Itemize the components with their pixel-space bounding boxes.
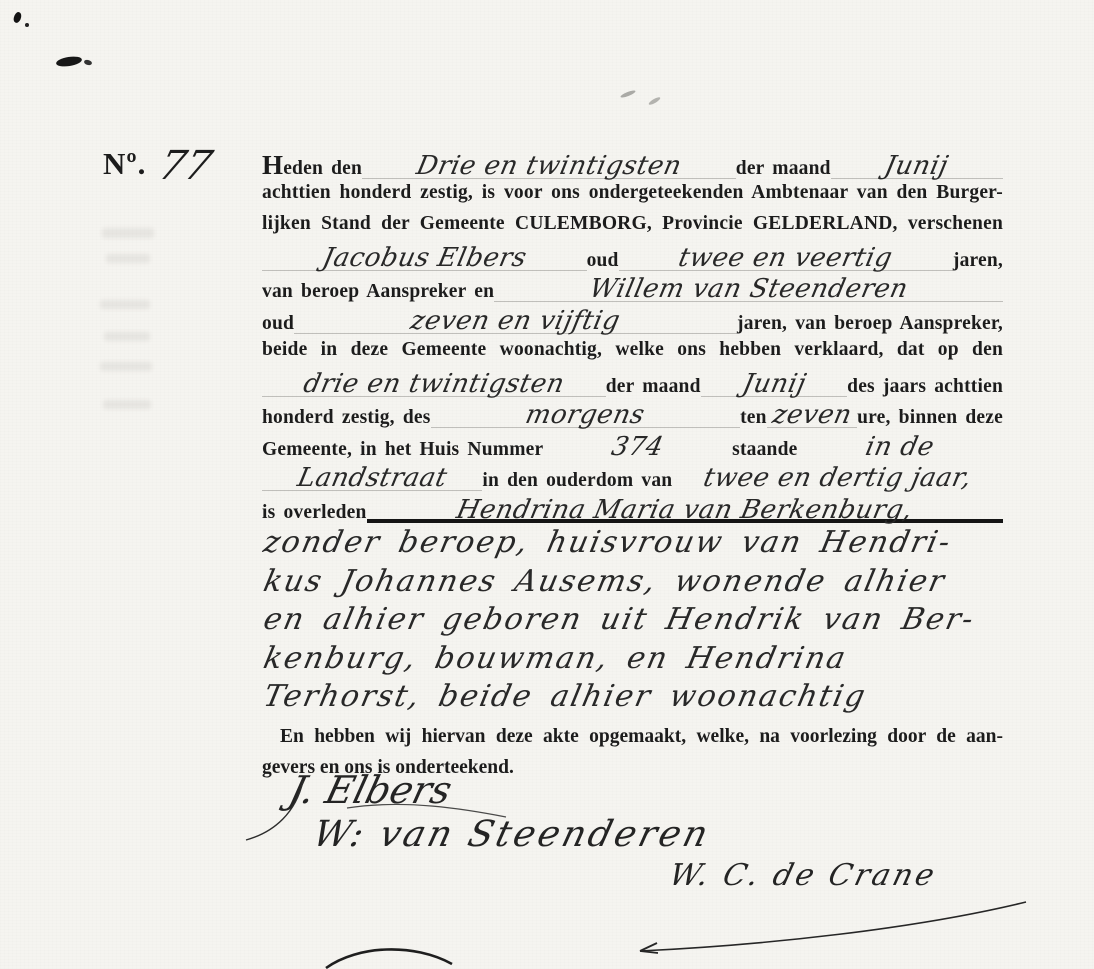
entry-blank: en alhier geboren uit Hendrik van Ber- — [262, 605, 976, 635]
printed-form-text: der maand — [736, 158, 831, 180]
ink-smudge — [55, 55, 82, 68]
entry-blank: twee en veertig — [619, 245, 953, 271]
handwritten-entry: zonder beroep, huisvrouw van Hendri- — [261, 528, 955, 558]
cropped-signature-stroke — [326, 949, 452, 968]
act-line: achttien honderd zestig, is voor ons ond… — [262, 182, 1003, 214]
handwritten-entry: twee en veertig — [677, 245, 895, 271]
entry-blank: zeven en vijftig — [294, 308, 737, 334]
handwritten-entry: kus Johannes Ausems, wonende alhier — [261, 567, 949, 597]
handwritten-entry: Terhorst, beide alhier woonachtig — [261, 682, 869, 712]
signature-declarant-2: W: van Steenderen — [309, 814, 715, 855]
printed-form-text: Gemeente, in het Huis Nummer — [262, 439, 543, 461]
ink-spot — [12, 11, 23, 24]
entry-blank: Hendrina Maria van Berkenburg, — [367, 497, 1003, 523]
act-line: oudzeven en vijftigjaren, van beroep Aan… — [262, 308, 1003, 340]
entry-blank: morgens — [431, 402, 741, 428]
ink-smudge — [83, 59, 92, 66]
printed-form-text: oud — [587, 250, 619, 272]
act-number-label: Nº. — [103, 146, 146, 182]
act-line: kus Johannes Ausems, wonende alhier — [262, 567, 1003, 606]
ink-bleedthrough — [100, 300, 150, 309]
printed-form-text: Heden den — [262, 150, 362, 181]
act-line: Jacobus Elbersoudtwee en veertigjaren, — [262, 245, 1003, 277]
faint-pen-mark — [648, 96, 661, 106]
printed-form-text: staande — [732, 439, 797, 461]
entry-blank: zonder beroep, huisvrouw van Hendri- — [262, 528, 953, 558]
signature-registrar: W. C. de Crane — [666, 858, 941, 893]
printed-form-text: in den ouderdom van — [482, 470, 672, 492]
handwritten-entry: morgens — [523, 402, 647, 428]
entry-blank: 374 — [543, 434, 732, 460]
printed-form-text: honderd zestig, des — [262, 407, 431, 429]
act-line: beide in deze Gemeente woonachtig, welke… — [262, 339, 1003, 371]
handwritten-entry: Landstraat — [295, 465, 449, 491]
handwritten-entry: 374 — [609, 434, 666, 460]
handwritten-entry: Drie en twintigsten — [414, 153, 684, 179]
act-line: Landstraatin den ouderdom vantwee en der… — [262, 465, 1003, 497]
entry-blank: Junij — [831, 153, 1003, 179]
printed-form-text: van beroep Aanspreker en — [262, 281, 494, 303]
act-line: van beroep Aanspreker enWillem van Steen… — [262, 276, 1003, 308]
entry-blank: in de — [797, 434, 1003, 460]
printed-form-text: der maand — [606, 376, 701, 398]
entry-blank: Terhorst, beide alhier woonachtig — [262, 682, 868, 712]
act-line: honderd zestig, desmorgenstenzevenure, b… — [262, 402, 1003, 434]
handwritten-entry: Hendrina Maria van Berkenburg, — [454, 497, 915, 523]
act-line: lijken Stand der Gemeente CULEMBORG, Pro… — [262, 213, 1003, 245]
act-line: Heden denDrie en twintigstender maandJun… — [262, 150, 1003, 182]
printed-form-text: jaren, — [953, 250, 1003, 272]
printed-form-text: lijken Stand der Gemeente CULEMBORG, Pro… — [262, 213, 1003, 234]
printed-form-text: des jaars achttien — [847, 376, 1003, 398]
ink-bleedthrough — [104, 332, 150, 341]
ink-spot — [25, 23, 29, 27]
printed-form-text: oud — [262, 313, 294, 335]
printed-form-text: achttien honderd zestig, is voor ons ond… — [262, 182, 1003, 203]
printed-form-text: jaren, van beroep Aanspreker, — [737, 313, 1003, 335]
printed-form-text: is overleden — [262, 502, 367, 524]
registrar-flourish — [640, 902, 1026, 951]
act-line: kenburg, bouwman, en Hendrina — [262, 644, 1003, 683]
act-line: Gemeente, in het Huis Nummer374staandein… — [262, 434, 1003, 466]
entry-blank: kus Johannes Ausems, wonende alhier — [262, 567, 947, 597]
handwritten-entry: en alhier geboren uit Hendrik van Ber- — [261, 605, 978, 635]
act-body: Heden denDrie en twintigstender maandJun… — [262, 150, 1003, 788]
handwritten-entry: twee en dertig jaar, — [701, 465, 974, 491]
handwritten-entry: Willem van Steenderen — [587, 276, 910, 302]
act-lines: Heden denDrie en twintigstender maandJun… — [262, 150, 1003, 721]
handwritten-entry: in de — [864, 434, 937, 460]
signature-declarant-1: J. Elbers — [285, 768, 457, 812]
handwritten-entry: zeven — [770, 402, 854, 428]
entry-blank: zeven — [767, 402, 857, 428]
handwritten-entry: zeven en vijftig — [408, 308, 622, 334]
act-number: Nº. 77 — [103, 146, 211, 184]
act-line: zonder beroep, huisvrouw van Hendri- — [262, 528, 1003, 567]
ink-bleedthrough — [102, 228, 154, 238]
act-number-value: 77 — [156, 148, 216, 184]
entry-blank: twee en dertig jaar, — [672, 465, 1003, 491]
entry-blank: Junij — [701, 371, 848, 397]
entry-blank: Drie en twintigsten — [362, 153, 736, 179]
entry-blank: Jacobus Elbers — [262, 245, 587, 271]
act-line: Terhorst, beide alhier woonachtig — [262, 682, 1003, 721]
printed-form-text: ten — [740, 407, 767, 429]
entry-blank: drie en twintigsten — [262, 371, 606, 397]
printed-form-text: ure, binnen deze — [857, 407, 1003, 429]
handwritten-entry: drie en twintigsten — [301, 371, 567, 397]
handwritten-entry: Junij — [740, 371, 808, 397]
printed-form-text: beide in deze Gemeente woonachtig, welke… — [262, 339, 1003, 360]
handwritten-entry: Junij — [883, 153, 951, 179]
faint-pen-mark — [620, 89, 636, 99]
closing-line: En hebben wij hiervan deze akte opgemaak… — [262, 726, 1003, 757]
handwritten-entry: Jacobus Elbers — [320, 245, 529, 271]
act-line: drie en twintigstender maandJunijdes jaa… — [262, 371, 1003, 403]
ink-bleedthrough — [100, 362, 152, 371]
flourish-arrow-tip — [640, 943, 658, 953]
entry-blank: Willem van Steenderen — [494, 276, 1003, 302]
ink-bleedthrough — [103, 400, 151, 409]
act-line: is overledenHendrina Maria van Berkenbur… — [262, 497, 1003, 529]
entry-blank: Landstraat — [262, 465, 482, 491]
entry-blank: kenburg, bouwman, en Hendrina — [262, 644, 849, 674]
handwritten-entry: kenburg, bouwman, en Hendrina — [261, 644, 850, 674]
act-line: en alhier geboren uit Hendrik van Ber- — [262, 605, 1003, 644]
ink-bleedthrough — [106, 254, 150, 263]
death-certificate-scan: Nº. 77 Heden denDrie en twintigstender m… — [0, 0, 1094, 969]
